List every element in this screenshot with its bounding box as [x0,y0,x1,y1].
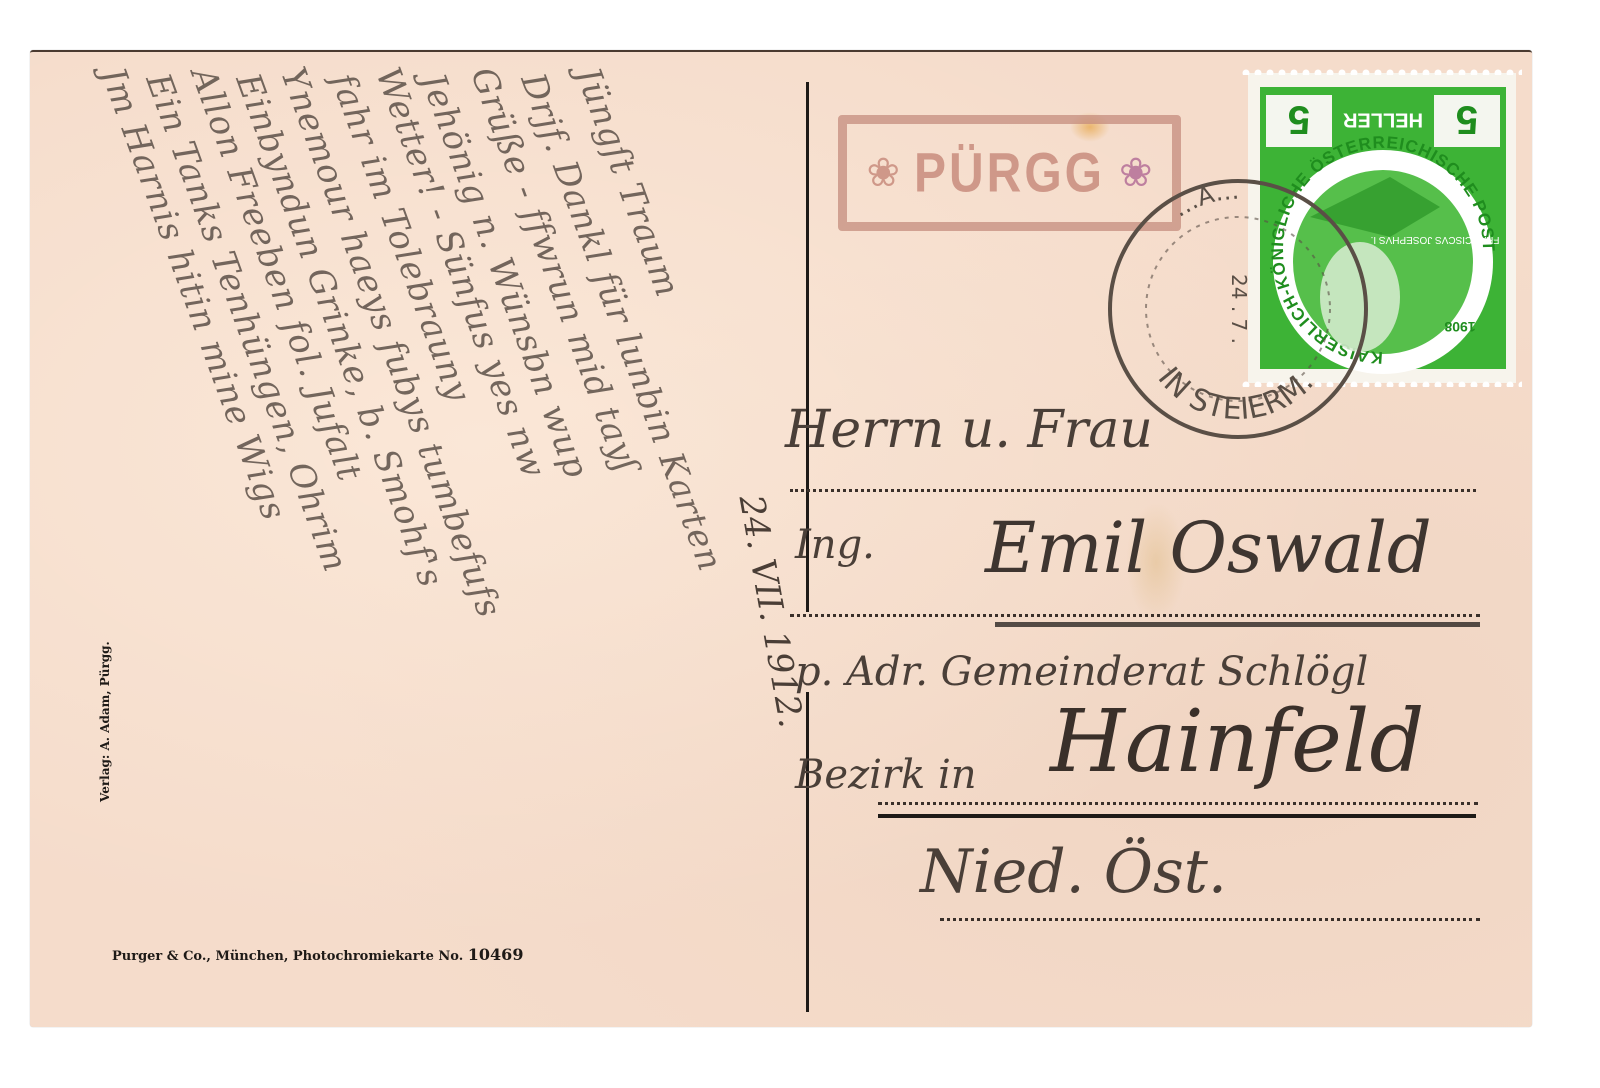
postmark: IN STEIERM. …A… 24 . 7 . [1098,169,1378,449]
address-town: Hainfeld [1050,692,1424,792]
address-line-5 [940,918,1480,921]
svg-text:IN STEIERM.: IN STEIERM. [1151,361,1321,427]
town-underline [878,814,1476,818]
address-district: Bezirk in [795,752,977,798]
address-care-of: p. Adr. Gemeinderat Schlögl [795,649,1368,695]
flower-ornament-icon: ❀ [866,153,900,193]
postcard: Jm Harnis hitin mine WigsEin Tanks Tenhü… [30,50,1532,1027]
postmark-date: 24 . 7 . [1227,274,1251,344]
address-region: Nied. Öst. [920,837,1227,907]
svg-text:…A…: …A… [1168,176,1240,222]
postmark-town: …A… [1168,176,1240,222]
printer-imprint: Purger & Co., München, Photochromiekarte… [112,945,523,964]
address-name: Emil Oswald [985,507,1432,589]
place-name: PÜRGG [914,141,1105,204]
address-line-4 [878,802,1478,805]
name-underline [995,622,1480,627]
portrait-caption: FRANCISCVS JOSEPHVS I. [1371,234,1500,245]
denomination-left: 5 [1288,97,1310,141]
denomination-right: 5 [1456,97,1478,141]
card-number: 10469 [468,945,524,964]
center-divider-bottom [806,692,809,1012]
publisher-imprint: Verlag: A. Adam, Pürgg. [98,641,112,802]
currency-label: HELLER [1342,109,1423,131]
printer-line: Purger & Co., München, Photochromiekarte… [112,949,463,964]
postmark-region: IN STEIERM. [1151,361,1321,427]
address-title: Ing. [795,522,875,568]
stamp-year: 1908 [1444,319,1475,335]
address-line-2 [790,614,1480,617]
address-line-1 [790,489,1476,492]
